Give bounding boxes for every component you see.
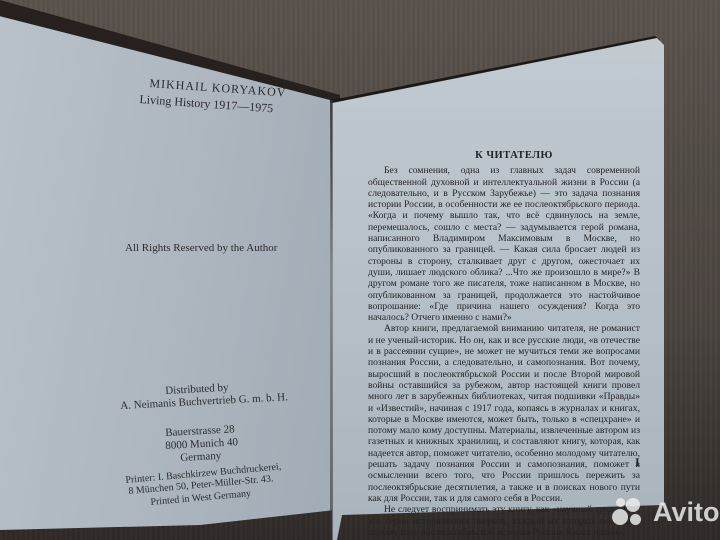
page-number: I (635, 455, 640, 470)
foreword-heading: К ЧИТАТЕЛЮ (388, 150, 640, 161)
avito-logo-icon (612, 498, 650, 528)
address-country: Germany (180, 450, 222, 464)
foreword-paragraph: Автор книги, предлагаемой вниманию читат… (368, 323, 640, 504)
avito-wordmark: Avito (653, 497, 720, 528)
rights-notice: All Rights Reserved by the Author (125, 242, 277, 254)
avito-watermark: Avito (612, 497, 720, 528)
foreword-text-block: К ЧИТАТЕЛЮ Без сомнения, одна из главных… (368, 150, 640, 538)
book-spine (330, 100, 333, 540)
foreword-paragraph: Без сомнения, одна из главных задач совр… (368, 165, 640, 323)
foreword-paragraph: Не следует воспринимать эту книгу, как «… (368, 504, 640, 538)
